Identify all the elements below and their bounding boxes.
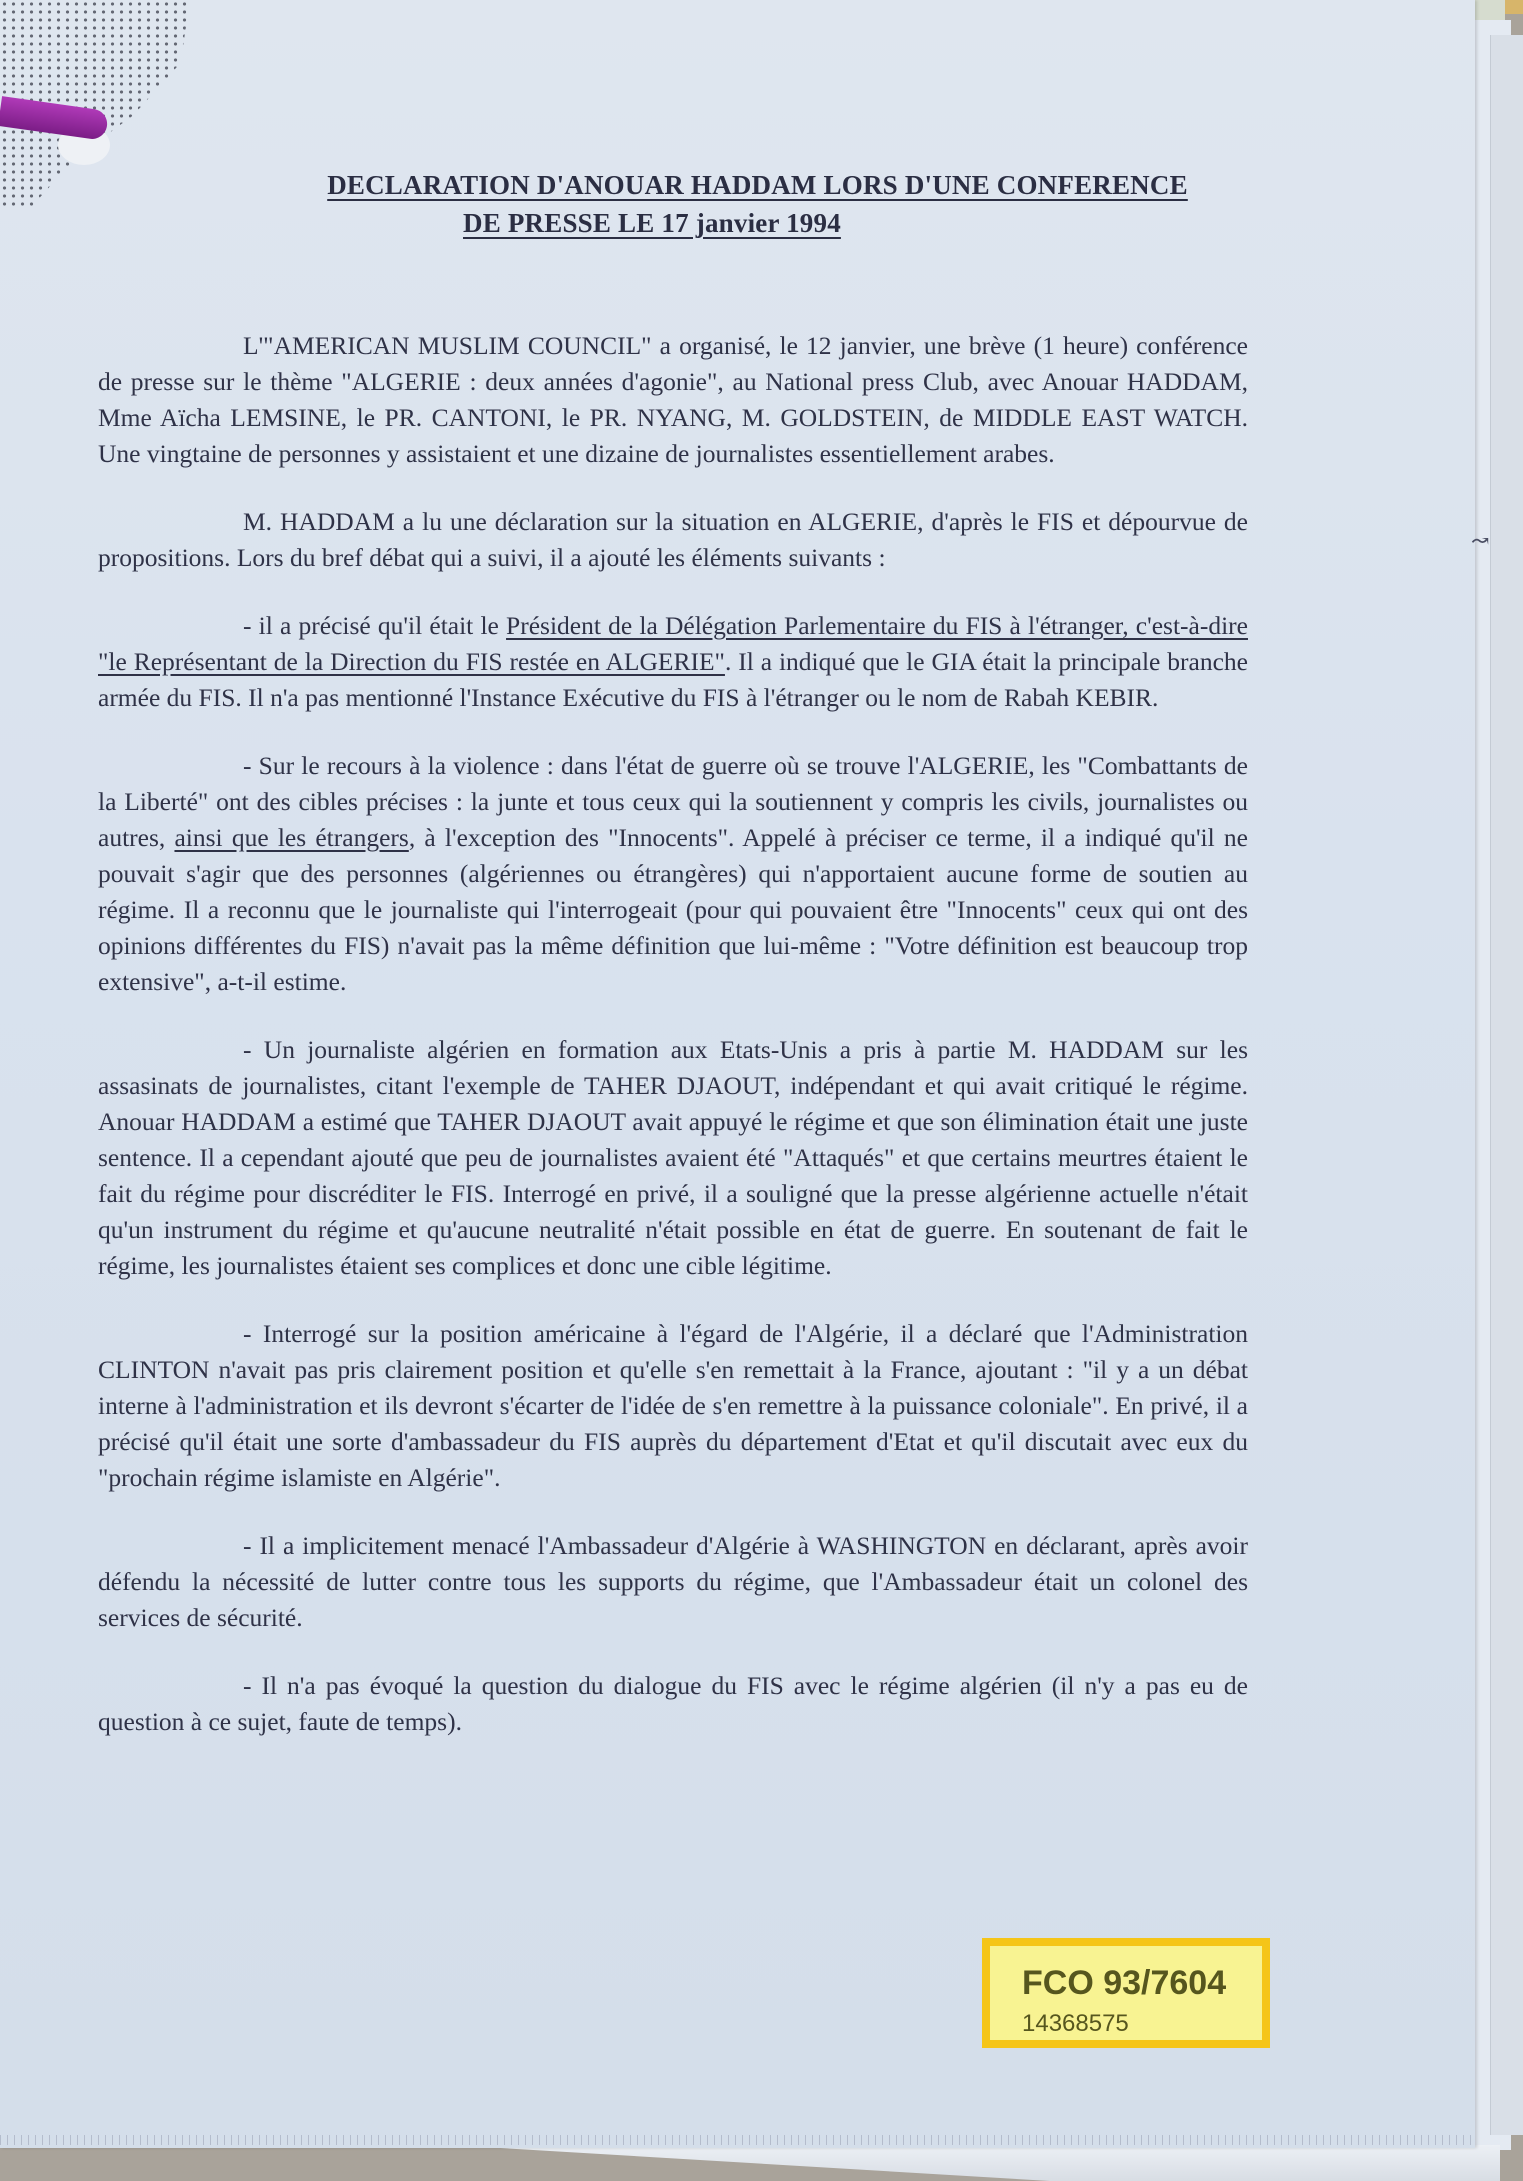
document-body: L'"AMERICAN MUSLIM COUNCIL" a organisé, … — [98, 328, 1248, 1772]
document-title-line-2: DE PRESSE LE 17 janvier 1994 — [463, 208, 841, 239]
paragraph: M. HADDAM a lu une déclaration sur la si… — [98, 504, 1248, 576]
page-edge-print-marks — [0, 2135, 1475, 2145]
archive-reference-label: FCO 93/7604 14368575 — [982, 1938, 1270, 2048]
background-object — [1505, 0, 1523, 14]
paragraph: L'"AMERICAN MUSLIM COUNCIL" a organisé, … — [98, 328, 1248, 472]
paragraph: - Un journaliste algérien en formation a… — [98, 1032, 1248, 1284]
underlying-sheet-bottom — [0, 2145, 1500, 2181]
archive-reference: FCO 93/7604 — [1022, 1964, 1226, 2003]
paragraph-text: L'"AMERICAN MUSLIM COUNCIL" a organisé, … — [98, 331, 1248, 468]
paragraph: - il a précisé qu'il était le Président … — [98, 608, 1248, 716]
paragraph-text: - Il n'a pas évoqué la question du dialo… — [98, 1671, 1248, 1736]
underlying-sheet-2 — [1490, 35, 1523, 2135]
archive-number: 14368575 — [1022, 2010, 1129, 2038]
paragraph-text: - Un journaliste algérien en formation a… — [98, 1035, 1248, 1280]
paragraph: - Il n'a pas évoqué la question du dialo… — [98, 1668, 1248, 1740]
paragraph-text: - il a précisé qu'il était le — [243, 611, 506, 640]
paragraph: - Interrogé sur la position américaine à… — [98, 1316, 1248, 1496]
handwritten-arrow-icon: ↝ — [1471, 528, 1489, 554]
underlined-text: ainsi que les étrangers — [174, 823, 408, 852]
document-title-line-1: DECLARATION D'ANOUAR HADDAM LORS D'UNE C… — [0, 170, 1495, 201]
paragraph-text: M. HADDAM a lu une déclaration sur la si… — [98, 507, 1248, 572]
paragraph-text: - Interrogé sur la position américaine à… — [98, 1319, 1248, 1492]
paragraph: - Il a implicitement menacé l'Ambassadeu… — [98, 1528, 1248, 1636]
document-page: DECLARATION D'ANOUAR HADDAM LORS D'UNE C… — [0, 0, 1475, 2148]
paragraph: - Sur le recours à la violence : dans l'… — [98, 748, 1248, 1000]
paragraph-text: - Il a implicitement menacé l'Ambassadeu… — [98, 1531, 1248, 1632]
